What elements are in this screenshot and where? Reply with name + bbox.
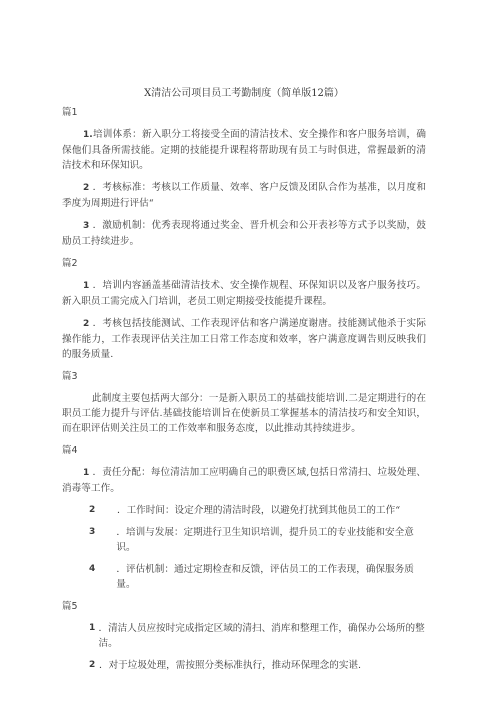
paragraph-number: 1 [83,281,89,291]
paragraph: 2 ．考核包括技能测试、工作表现评估和客户满递度谢唐。技能测试他杀于实际操作能力… [62,316,426,362]
list-item-number: 2 [89,658,99,673]
list-item-number: 1 [89,621,98,651]
section-heading: 篇3 [62,369,426,384]
paragraph: 此制度主要包括两大部分：一是新入职员工的基础技能培训.二是定期进行的在职员工能力… [62,391,426,436]
paragraph-number: 1 [83,468,89,478]
list-item: 4．评估机制：通过定期检查和反馈，评估员工的工作表现，确保服务质量。 [62,562,426,592]
list-item-text: ．培训与发展：定期进行卫生知识培训，提升员工的专业技能和安全意识。 [116,525,426,555]
list-item: 2．工作时间：设定介理的清洁时段，以避免打扰到其他员工的工作“ [62,503,426,518]
paragraph-number: 2 [83,183,89,193]
paragraph: 3 ．激励机制：优秀表现将通过奖金、晋升机会和公开表衫等方式予以奖励，鼓励员工持… [62,218,426,249]
document-title: X清洁公司项目员工考勤制度（简单版12篇） [62,86,426,102]
paragraph-text: ．考核标准：考核以工作质量、效率、客户反馈及团队合作为基准，以月度和季度为周期进… [62,182,426,209]
list-item: 2．对于垃圾处理，需按照分类标准执行，推动环保理念的实谌. [62,658,426,673]
paragraph-number: 2 [83,319,89,329]
list-item: 3．培训与发展：定期进行卫生知识培训，提升员工的专业技能和安全意识。 [62,525,426,555]
section-heading: 篇4 [62,443,426,458]
paragraph-text: ．培训内容涵盖基础清洁技术、安全操作规程、环保知识以及客户服务技巧。新入职员工需… [62,280,426,307]
paragraph: 1 ．责任分配：每位清洁加工应明确自己的职费区域,包括日常清扫、垃圾处理、消毒等… [62,465,426,496]
paragraph: 1 ．培训内容涵盖基础清洁技术、安全操作规程、环保知识以及客户服务技巧。新入职员… [62,278,426,309]
paragraph: 2 ．考核标准：考核以工作质量、效率、客户反馈及团队合作为基准，以月度和季度为周… [62,180,426,211]
paragraph-text: ．责任分配：每位清洁加工应明确自己的职费区域,包括日常清扫、垃圾处理、消毒等工作… [62,467,426,494]
paragraph-text: 培训体系：新入职分工将接受全面的清洁技术、安全操作和客户服务培训，确保他们具备所… [62,129,426,171]
section-heading: 篇5 [62,599,426,614]
list-item-text: ．清洁人员应按时完成指定区域的清扫、消库和整理工作，确保办公场所的整洁。 [98,621,426,651]
list-item-text: ．评估机制：通过定期检查和反馈，评估员工的工作表现，确保服务质量。 [116,562,426,592]
section-heading: 篇1 [62,105,426,120]
paragraph-text: 此制度主要包括两大部分：一是新入职员工的基础技能培训.二是定期进行的在职员工能力… [62,393,426,434]
paragraph: 1.培训体系：新入职分工将接受全面的清洁技术、安全操作和客户服务培训，确保他们具… [62,127,426,173]
list-item-number: 2 [89,503,117,518]
list-item-number: 4 [89,562,116,592]
list-item: 1．清洁人员应按时完成指定区域的清扫、消库和整理工作，确保办公场所的整洁。 [62,621,426,651]
paragraph-text: ．激励机制：优秀表现将通过奖金、晋升机会和公开表衫等方式予以奖励，鼓励员工持续进… [62,220,426,247]
list-item-text: ．工作时间：设定介理的清洁时段，以避免打扰到其他员工的工作“ [117,503,400,518]
paragraph-number: 1. [83,130,93,140]
document-page: X清洁公司项目员工考勤制度（简单版12篇） 篇1 1.培训体系：新入职分工将接受… [62,86,426,680]
paragraph-text: ．考核包括技能测试、工作表现评估和客户满递度谢唐。技能测试他杀于实际操作能力，工… [62,318,426,360]
list-item-text: ．对于垃圾处理，需按照分类标准执行，推动环保理念的实谌. [99,658,361,673]
section-heading: 篇2 [62,256,426,271]
paragraph-number: 3 [83,221,89,231]
list-item-number: 3 [89,525,116,555]
